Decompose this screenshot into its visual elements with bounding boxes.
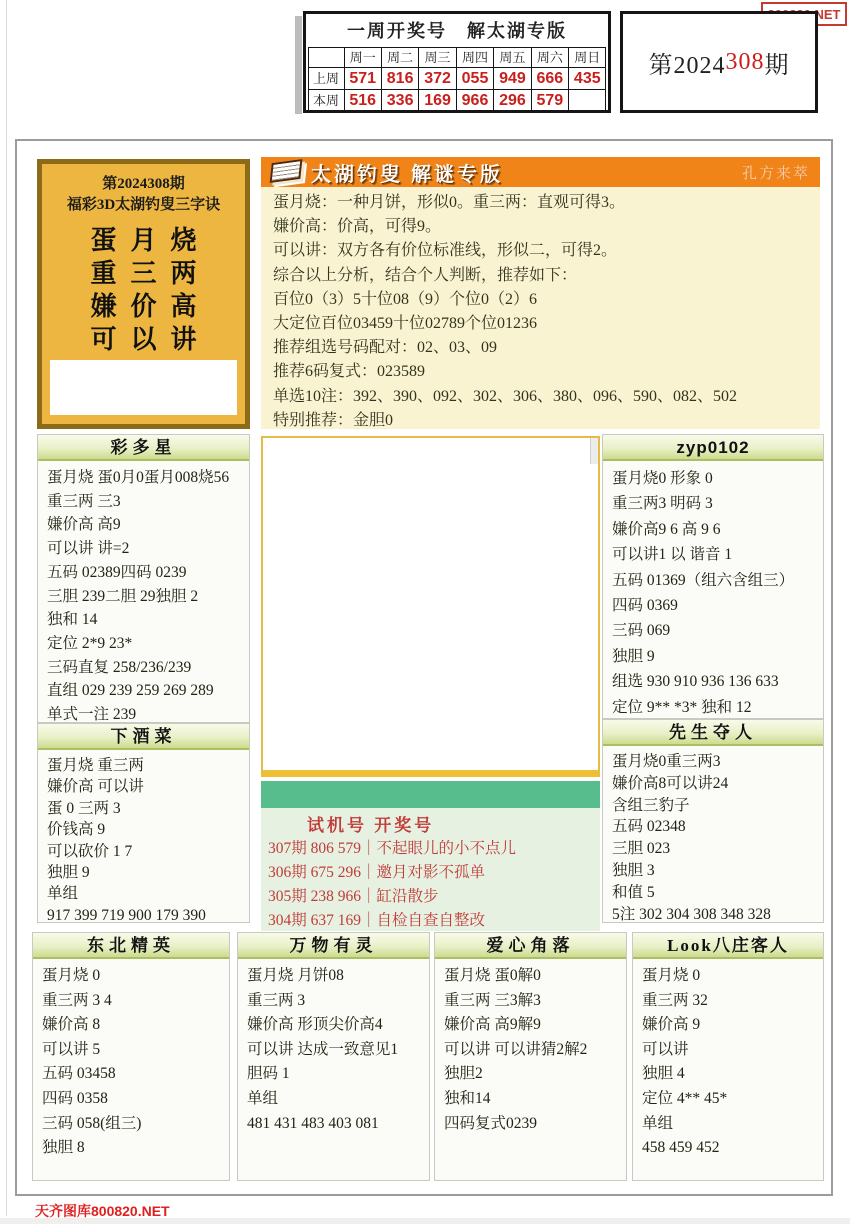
prediction-line: 蛋 0 三两 3 xyxy=(47,798,241,819)
prediction-line: 重三两 3 xyxy=(247,989,421,1014)
taihu-analysis-line: 可以讲：双方各有价位标准线，形似二，可得2。 xyxy=(273,239,808,263)
draws-number-cell: 571 xyxy=(344,67,382,90)
panel-zyp0102-body: 蛋月烧0 形象 0重三两3 明码 3嫌价高9 6 高 9 6可以讲1 以 谐音 … xyxy=(603,461,823,720)
prediction-line: 458 459 452 xyxy=(642,1136,815,1161)
prediction-line: 三码直复 258/236/239 xyxy=(47,656,241,680)
taihu-analysis-line: 特别推荐：金胆0 xyxy=(273,409,808,433)
prediction-line: 蛋月烧 重三两 xyxy=(47,755,241,776)
panel-wanwuyouling: 万物有灵 蛋月烧 月饼08重三两 3嫌价高 形顶尖价高4可以讲 达成一致意见1胆… xyxy=(237,932,430,1181)
prediction-line: 嫌价高 9 xyxy=(642,1013,815,1038)
prediction-line: 独胆 8 xyxy=(42,1136,221,1161)
prediction-line: 独胆 9 xyxy=(47,862,241,883)
prediction-line: 五码 02389四码 0239 xyxy=(47,561,241,585)
taihu-analysis-line: 综合以上分析，结合个人判断，推荐如下： xyxy=(273,264,808,288)
panel-dongbeijingying-body: 蛋月烧 0重三两 3 4嫌价高 8可以讲 5五码 03458四码 0358三码 … xyxy=(33,959,229,1161)
result-history-line: 306期 675 296｜邀月对影不孤单 xyxy=(268,861,600,885)
panel-aixinjiaoluo-title: 爱心角落 xyxy=(435,933,626,959)
prediction-line: 价钱高 9 xyxy=(47,819,241,840)
scrollbar-remnant xyxy=(590,438,598,464)
taihu-panel-body: 蛋月烧：一种月饼，形似0。重三两：直观可得3。嫌价高：价高，可得9。可以讲：双方… xyxy=(261,187,820,433)
prediction-line: 独胆 3 xyxy=(612,860,815,882)
prediction-line: 蛋月烧 0 xyxy=(642,964,815,989)
prediction-line: 嫌价高 形顶尖价高4 xyxy=(247,1013,421,1038)
prediction-line: 可以砍价 1 7 xyxy=(47,841,241,862)
draws-number-cell: 966 xyxy=(456,89,494,112)
panel-xiajiucai-body: 蛋月烧 重三两嫌价高 可以讲蛋 0 三两 3价钱高 9可以砍价 1 7独胆 9单… xyxy=(38,750,249,926)
result-history-line: 304期 637 169｜自检自查自整改 xyxy=(268,909,600,933)
prediction-line: 蛋月烧0重三两3 xyxy=(612,751,815,773)
poem-blank-area xyxy=(50,360,237,415)
draws-table-shadow xyxy=(295,16,302,114)
prediction-line: 可以讲 5 xyxy=(42,1038,221,1063)
prediction-line: 单组 xyxy=(642,1112,815,1137)
draws-number-cell: 579 xyxy=(531,89,569,112)
prediction-line: 五码 02348 xyxy=(612,816,815,838)
result-history-line: 307期 806 579｜不起眼儿的小不点儿 xyxy=(268,837,600,861)
page-bottom-strip xyxy=(0,1218,850,1224)
draws-number-cell: 949 xyxy=(493,67,531,90)
draws-number-cell: 169 xyxy=(418,89,456,112)
draws-number-cell: 055 xyxy=(456,67,494,90)
prediction-line: 嫌价高9 6 高 9 6 xyxy=(612,517,815,542)
poem-line: 可以讲 xyxy=(42,323,245,356)
prediction-line: 可以讲1 以 谐音 1 xyxy=(612,542,815,567)
period-label: 第2024308期 xyxy=(620,11,818,113)
prediction-line: 组选 930 910 936 136 633 xyxy=(612,669,815,694)
panel-look-zhuangkeren-title: Look八庄客人 xyxy=(633,933,823,959)
draws-number-cell: 上周 xyxy=(308,67,345,90)
draws-number-cell: 296 xyxy=(493,89,531,112)
draws-number-cell xyxy=(568,89,606,112)
prediction-line: 单组 xyxy=(47,883,241,904)
prediction-line: 四码 0358 xyxy=(42,1087,221,1112)
prediction-line: 三码 069 xyxy=(612,618,815,643)
prediction-line: 三胆 239二胆 29独胆 2 xyxy=(47,585,241,609)
prediction-line: 直组 029 239 259 269 289 xyxy=(47,679,241,703)
draws-header-row: 周一周二周三周四周五周六周日 xyxy=(308,47,606,67)
prediction-line: 917 399 719 900 179 390 xyxy=(47,905,241,926)
page-left-rule xyxy=(6,0,7,1216)
poem-subtitle: 福彩3D太湖钓叟三字诀 xyxy=(42,193,245,214)
panel-wanwuyouling-title: 万物有灵 xyxy=(238,933,429,959)
draws-header-cell: 周五 xyxy=(493,47,531,68)
prediction-line: 定位 9** *3* 独和 12 xyxy=(612,695,815,720)
prediction-line: 独胆2 xyxy=(444,1062,618,1087)
prediction-line: 四码复式0239 xyxy=(444,1112,618,1137)
prediction-line: 单组 xyxy=(247,1087,421,1112)
panel-dongbeijingying: 东北精英 蛋月烧 0重三两 3 4嫌价高 8可以讲 5五码 03458四码 03… xyxy=(32,932,230,1181)
taihu-analysis-line: 蛋月烧：一种月饼，形似0。重三两：直观可得3。 xyxy=(273,191,808,215)
prediction-line: 含组三豹子 xyxy=(612,795,815,817)
taihu-analysis-line: 百位0（3）5十位08（9）个位0（2）6 xyxy=(273,288,808,312)
panel-caiduoxing-body: 蛋月烧 蛋0月0蛋月008烧56重三两 三3嫌价高 高9可以讲 讲=2五码 02… xyxy=(38,461,249,727)
prediction-line: 定位 4** 45* xyxy=(642,1087,815,1112)
panel-look-zhuangkeren: Look八庄客人 蛋月烧 0重三两 32嫌价高 9可以讲独胆 4定位 4** 4… xyxy=(632,932,824,1181)
draws-header-cell: 周二 xyxy=(381,47,419,68)
draws-header-cell: 周一 xyxy=(344,47,382,68)
period-prefix: 第2024 xyxy=(649,45,726,80)
draws-number-cell: 666 xyxy=(531,67,569,90)
draws-number-cell: 816 xyxy=(381,67,419,90)
prediction-line: 四码 0369 xyxy=(612,593,815,618)
poem-lines: 蛋月烧重三两嫌价高可以讲 xyxy=(42,224,245,356)
results-panel: 试机号 开奖号 307期 806 579｜不起眼儿的小不点儿306期 675 2… xyxy=(261,808,600,931)
prediction-line: 可以讲 可以讲猜2解2 xyxy=(444,1038,618,1063)
panel-xiajiucai: 下酒菜 蛋月烧 重三两嫌价高 可以讲蛋 0 三两 3价钱高 9可以砍价 1 7独… xyxy=(37,723,250,923)
taihu-panel: 太湖钓叟 解谜专版 孔方来萃 蛋月烧：一种月饼，形似0。重三两：直观可得3。嫌价… xyxy=(261,157,820,429)
prediction-line: 蛋月烧 蛋0解0 xyxy=(444,964,618,989)
poem-period: 第2024308期 xyxy=(42,172,245,193)
panel-xiajiucai-title: 下酒菜 xyxy=(38,724,249,750)
green-divider-bar xyxy=(261,781,600,808)
panel-xianshengduoren-title: 先生夺人 xyxy=(603,720,823,746)
prediction-line: 蛋月烧0 形象 0 xyxy=(612,466,815,491)
prediction-line: 可以讲 讲=2 xyxy=(47,537,241,561)
draws-header-cell: 周六 xyxy=(531,47,569,68)
period-suffix: 期 xyxy=(765,45,790,80)
draws-table-title: 一周开奖号 解太湖专版 xyxy=(308,15,606,47)
taihu-panel-byline: 孔方来萃 xyxy=(742,162,810,183)
draws-header-cell: 周三 xyxy=(418,47,456,68)
prediction-line: 481 431 483 403 081 xyxy=(247,1112,421,1137)
panel-zyp0102: zyp0102 蛋月烧0 形象 0重三两3 明码 3嫌价高9 6 高 9 6可以… xyxy=(602,434,824,719)
taihu-analysis-line: 大定位百位03459十位02789个位01236 xyxy=(273,312,808,336)
prediction-line: 5注 302 304 308 348 328 xyxy=(612,904,815,926)
results-panel-body: 307期 806 579｜不起眼儿的小不点儿306期 675 296｜邀月对影不… xyxy=(261,837,600,933)
poem-line: 蛋月烧 xyxy=(42,224,245,257)
center-image-placeholder xyxy=(261,436,600,777)
prediction-line: 嫌价高 高9 xyxy=(47,513,241,537)
taihu-analysis-line: 单选10注：392、390、092、302、306、380、096、590、08… xyxy=(273,385,808,409)
prediction-line: 嫌价高 可以讲 xyxy=(47,776,241,797)
prediction-line: 重三两 3 4 xyxy=(42,989,221,1014)
panel-xianshengduoren-body: 蛋月烧0重三两3嫌价高8可以讲24含组三豹子五码 02348三胆 023独胆 3… xyxy=(603,746,823,925)
prediction-line: 三胆 023 xyxy=(612,838,815,860)
prediction-line: 可以讲 达成一致意见1 xyxy=(247,1038,421,1063)
prediction-line: 和值 5 xyxy=(612,882,815,904)
draws-number-cell: 336 xyxy=(381,89,419,112)
results-panel-title: 试机号 开奖号 xyxy=(307,811,600,836)
draws-header-cell: 周日 xyxy=(568,47,606,68)
prediction-line: 蛋月烧 月饼08 xyxy=(247,964,421,989)
period-number: 308 xyxy=(726,49,765,76)
panel-xianshengduoren: 先生夺人 蛋月烧0重三两3嫌价高8可以讲24含组三豹子五码 02348三胆 02… xyxy=(602,719,824,923)
draws-number-cell: 516 xyxy=(344,89,382,112)
draws-this-week-row: 本周516336169966296579 xyxy=(308,89,606,111)
panel-wanwuyouling-body: 蛋月烧 月饼08重三两 3嫌价高 形顶尖价高4可以讲 达成一致意见1胆码 1单组… xyxy=(238,959,429,1136)
prediction-line: 嫌价高 8 xyxy=(42,1013,221,1038)
prediction-line: 嫌价高 高9解9 xyxy=(444,1013,618,1038)
result-history-line: 305期 238 966｜缸沿散步 xyxy=(268,885,600,909)
prediction-line: 独胆 4 xyxy=(642,1062,815,1087)
draws-header-cell xyxy=(308,47,345,68)
draws-number-cell: 435 xyxy=(568,67,606,90)
prediction-line: 重三两3 明码 3 xyxy=(612,491,815,516)
prediction-line: 定位 2*9 23* xyxy=(47,632,241,656)
panel-zyp0102-title: zyp0102 xyxy=(603,435,823,461)
poem-line: 重三两 xyxy=(42,257,245,290)
prediction-line: 可以讲 xyxy=(642,1038,815,1063)
prediction-line: 独和 14 xyxy=(47,608,241,632)
prediction-line: 五码 03458 xyxy=(42,1062,221,1087)
taihu-panel-title: 太湖钓叟 解谜专版 xyxy=(311,158,503,187)
draws-last-week-row: 上周571816372055949666435 xyxy=(308,67,606,89)
prediction-line: 嫌价高8可以讲24 xyxy=(612,773,815,795)
prediction-line: 蛋月烧 蛋0月0蛋月008烧56 xyxy=(47,466,241,490)
taihu-analysis-line: 推荐6码复式：023589 xyxy=(273,360,808,384)
poem-line: 嫌价高 xyxy=(42,290,245,323)
draws-header-cell: 周四 xyxy=(456,47,494,68)
prediction-line: 重三两 32 xyxy=(642,989,815,1014)
main-content-frame: 第2024308期 福彩3D太湖钓叟三字诀 蛋月烧重三两嫌价高可以讲 太湖钓叟 … xyxy=(15,139,833,1196)
prediction-line: 独和14 xyxy=(444,1087,618,1112)
prediction-line: 重三两 三3 xyxy=(47,490,241,514)
poem-box: 第2024308期 福彩3D太湖钓叟三字诀 蛋月烧重三两嫌价高可以讲 xyxy=(37,159,250,429)
panel-aixinjiaoluo: 爱心角落 蛋月烧 蛋0解0重三两 三3解3嫌价高 高9解9可以讲 可以讲猜2解2… xyxy=(434,932,627,1181)
prediction-line: 重三两 三3解3 xyxy=(444,989,618,1014)
prediction-line: 三码 058(组三) xyxy=(42,1112,221,1137)
prediction-line: 蛋月烧 0 xyxy=(42,964,221,989)
taihu-analysis-line: 推荐组选号码配对：02、03、09 xyxy=(273,336,808,360)
panel-look-zhuangkeren-body: 蛋月烧 0重三两 32嫌价高 9可以讲独胆 4定位 4** 45*单组458 4… xyxy=(633,959,823,1161)
panel-caiduoxing: 彩多星 蛋月烧 蛋0月0蛋月008烧56重三两 三3嫌价高 高9可以讲 讲=2五… xyxy=(37,434,250,723)
panel-caiduoxing-title: 彩多星 xyxy=(38,435,249,461)
draws-number-cell: 本周 xyxy=(308,89,345,112)
prediction-line: 胆码 1 xyxy=(247,1062,421,1087)
prediction-line: 独胆 9 xyxy=(612,644,815,669)
draws-number-cell: 372 xyxy=(418,67,456,90)
prediction-line: 五码 01369（组六含组三） xyxy=(612,568,815,593)
weekly-draws-table: 一周开奖号 解太湖专版 周一周二周三周四周五周六周日 上周57181637205… xyxy=(303,11,611,113)
paper-stack-icon xyxy=(270,159,303,183)
taihu-panel-header: 太湖钓叟 解谜专版 孔方来萃 xyxy=(261,157,820,187)
taihu-analysis-line: 嫌价高：价高，可得9。 xyxy=(273,215,808,239)
panel-aixinjiaoluo-body: 蛋月烧 蛋0解0重三两 三3解3嫌价高 高9解9可以讲 可以讲猜2解2独胆2独和… xyxy=(435,959,626,1136)
panel-dongbeijingying-title: 东北精英 xyxy=(33,933,229,959)
